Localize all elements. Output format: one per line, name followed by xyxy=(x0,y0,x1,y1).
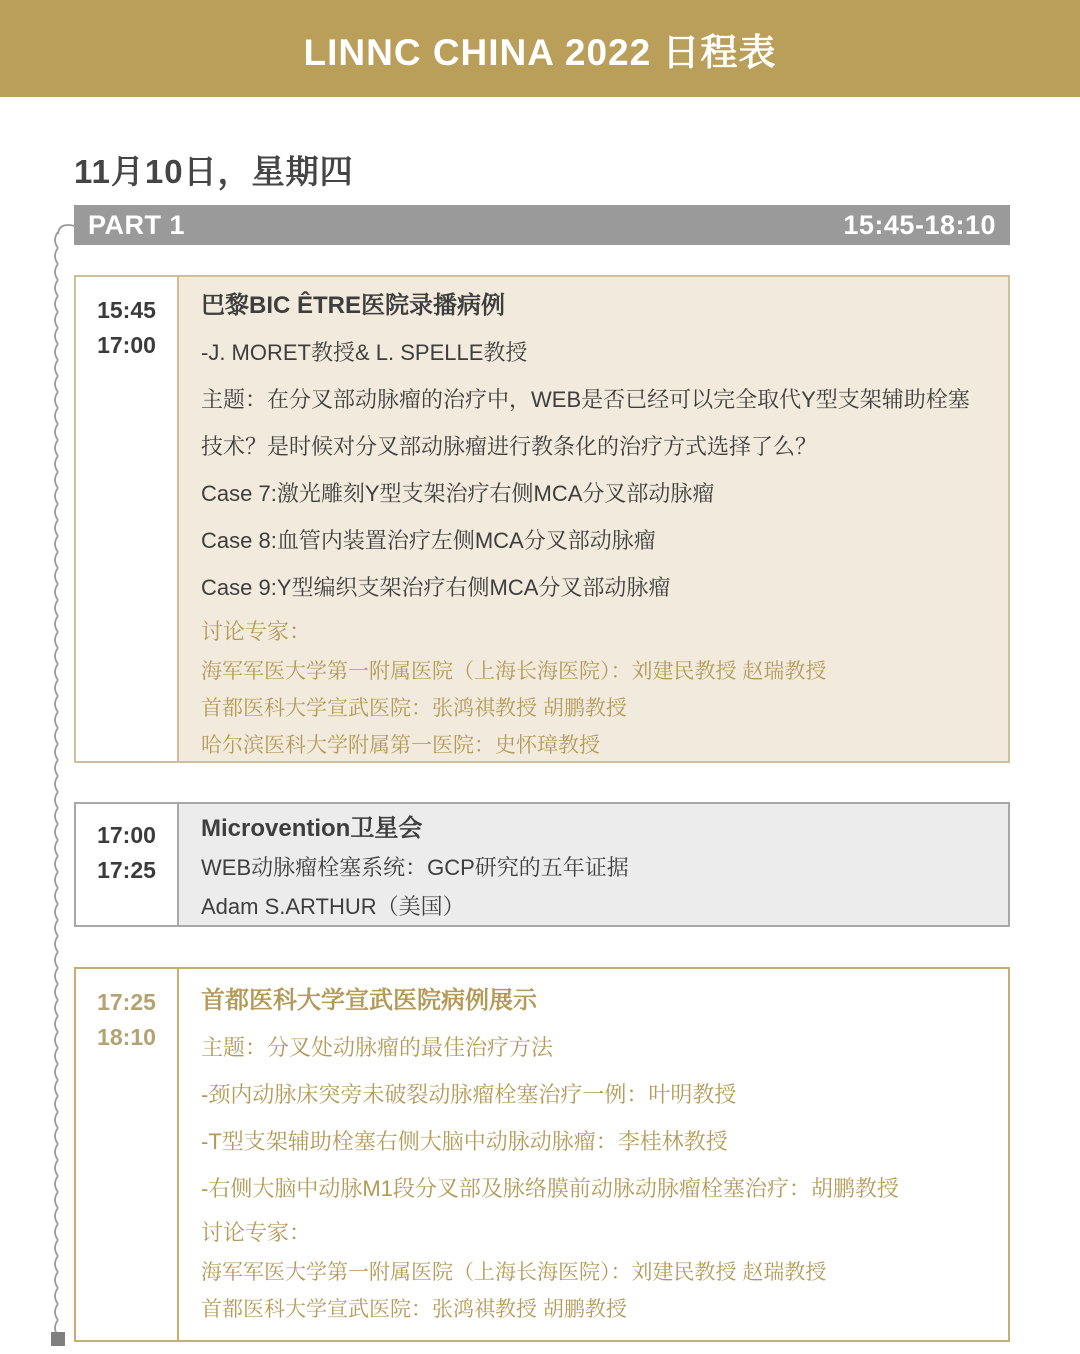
session-time-column: 17:00 17:25 xyxy=(76,804,179,925)
session-card-microvention: 17:00 17:25 Microvention卫星会 WEB动脉瘤栓塞系统：G… xyxy=(74,802,1010,927)
session-end-time: 18:10 xyxy=(76,1020,177,1055)
session-case-item: Case 8:血管内装置治疗左侧MCA分叉部动脉瘤 xyxy=(201,517,984,564)
session-time-column: 17:25 18:10 xyxy=(76,969,179,1340)
page-title: LINNC CHINA 2022 日程表 xyxy=(304,22,777,76)
expert-line: 首都医科大学宣武医院：张鸿祺教授 胡鹏教授 xyxy=(201,690,984,727)
session-topic: 主题：分叉处动脉瘤的最佳治疗方法 xyxy=(201,1024,984,1071)
expert-line: 海军军医大学第一附属医院（上海长海医院）：刘建民教授 赵瑞教授 xyxy=(201,1254,984,1291)
session-case-item: Case 9:Y型编织支架治疗右侧MCA分叉部动脉瘤 xyxy=(201,564,984,611)
expert-line: 哈尔滨医科大学附属第一医院：史怀璋教授 xyxy=(201,727,984,764)
experts-label: 讨论专家： xyxy=(201,1212,984,1254)
session-case-item: -颈内动脉床突旁未破裂动脉瘤栓塞治疗一例：叶明教授 xyxy=(201,1071,984,1118)
session-end-time: 17:00 xyxy=(76,328,177,363)
session-topic: WEB动脉瘤栓塞系统：GCP研究的五年证据 xyxy=(201,848,984,887)
session-content: 首都医科大学宣武医院病例展示 主题：分叉处动脉瘤的最佳治疗方法 -颈内动脉床突旁… xyxy=(179,969,1008,1340)
part-bar: PART 1 15:45-18:10 xyxy=(74,205,1010,245)
session-case-item: Case 7:激光雕刻Y型支架治疗右侧MCA分叉部动脉瘤 xyxy=(201,470,984,517)
experts-label: 讨论专家： xyxy=(201,611,984,653)
session-title: 首都医科大学宣武医院病例展示 xyxy=(201,977,984,1024)
session-card-bicetre: 15:45 17:00 巴黎BIC ÊTRE医院录播病例 -J. MORET教授… xyxy=(74,275,1010,763)
squiggle-end-square xyxy=(51,1332,65,1346)
session-time-column: 15:45 17:00 xyxy=(76,277,179,761)
session-start-time: 17:25 xyxy=(76,985,177,1020)
expert-line: 海军军医大学第一附属医院（上海长海医院）：刘建民教授 赵瑞教授 xyxy=(201,653,984,690)
banner: LINNC CHINA 2022 日程表 xyxy=(0,0,1080,97)
session-title: Microvention卫星会 xyxy=(201,809,984,848)
date-heading: 11月10日，星期四 xyxy=(74,146,354,193)
session-case-item: -右侧大脑中动脉M1段分叉部及脉络膜前动脉动脉瘤栓塞治疗：胡鹏教授 xyxy=(201,1165,984,1212)
session-card-xuanwu: 17:25 18:10 首都医科大学宣武医院病例展示 主题：分叉处动脉瘤的最佳治… xyxy=(74,967,1010,1342)
session-topic: 主题：在分叉部动脉瘤的治疗中，WEB是否已经可以完全取代Y型支架辅助栓塞技术？是… xyxy=(201,376,984,470)
part-time-range: 15:45-18:10 xyxy=(843,210,996,241)
expert-line: 首都医科大学宣武医院：张鸿祺教授 胡鹏教授 xyxy=(201,1291,984,1328)
session-title: 巴黎BIC ÊTRE医院录播病例 xyxy=(201,282,984,329)
part-label: PART 1 xyxy=(88,210,185,241)
session-content: Microvention卫星会 WEB动脉瘤栓塞系统：GCP研究的五年证据 Ad… xyxy=(179,804,1008,925)
session-speakers: Adam S.ARTHUR（美国） xyxy=(201,887,984,926)
session-start-time: 17:00 xyxy=(76,818,177,853)
schedule-page: LINNC CHINA 2022 日程表 11月10日，星期四 PART 1 1… xyxy=(0,0,1080,1354)
session-content: 巴黎BIC ÊTRE医院录播病例 -J. MORET教授& L. SPELLE教… xyxy=(179,277,1008,761)
session-end-time: 17:25 xyxy=(76,853,177,888)
session-speakers: -J. MORET教授& L. SPELLE教授 xyxy=(201,329,984,376)
session-case-item: -T型支架辅助栓塞右侧大脑中动脉动脉瘤：李桂林教授 xyxy=(201,1118,984,1165)
session-start-time: 15:45 xyxy=(76,293,177,328)
